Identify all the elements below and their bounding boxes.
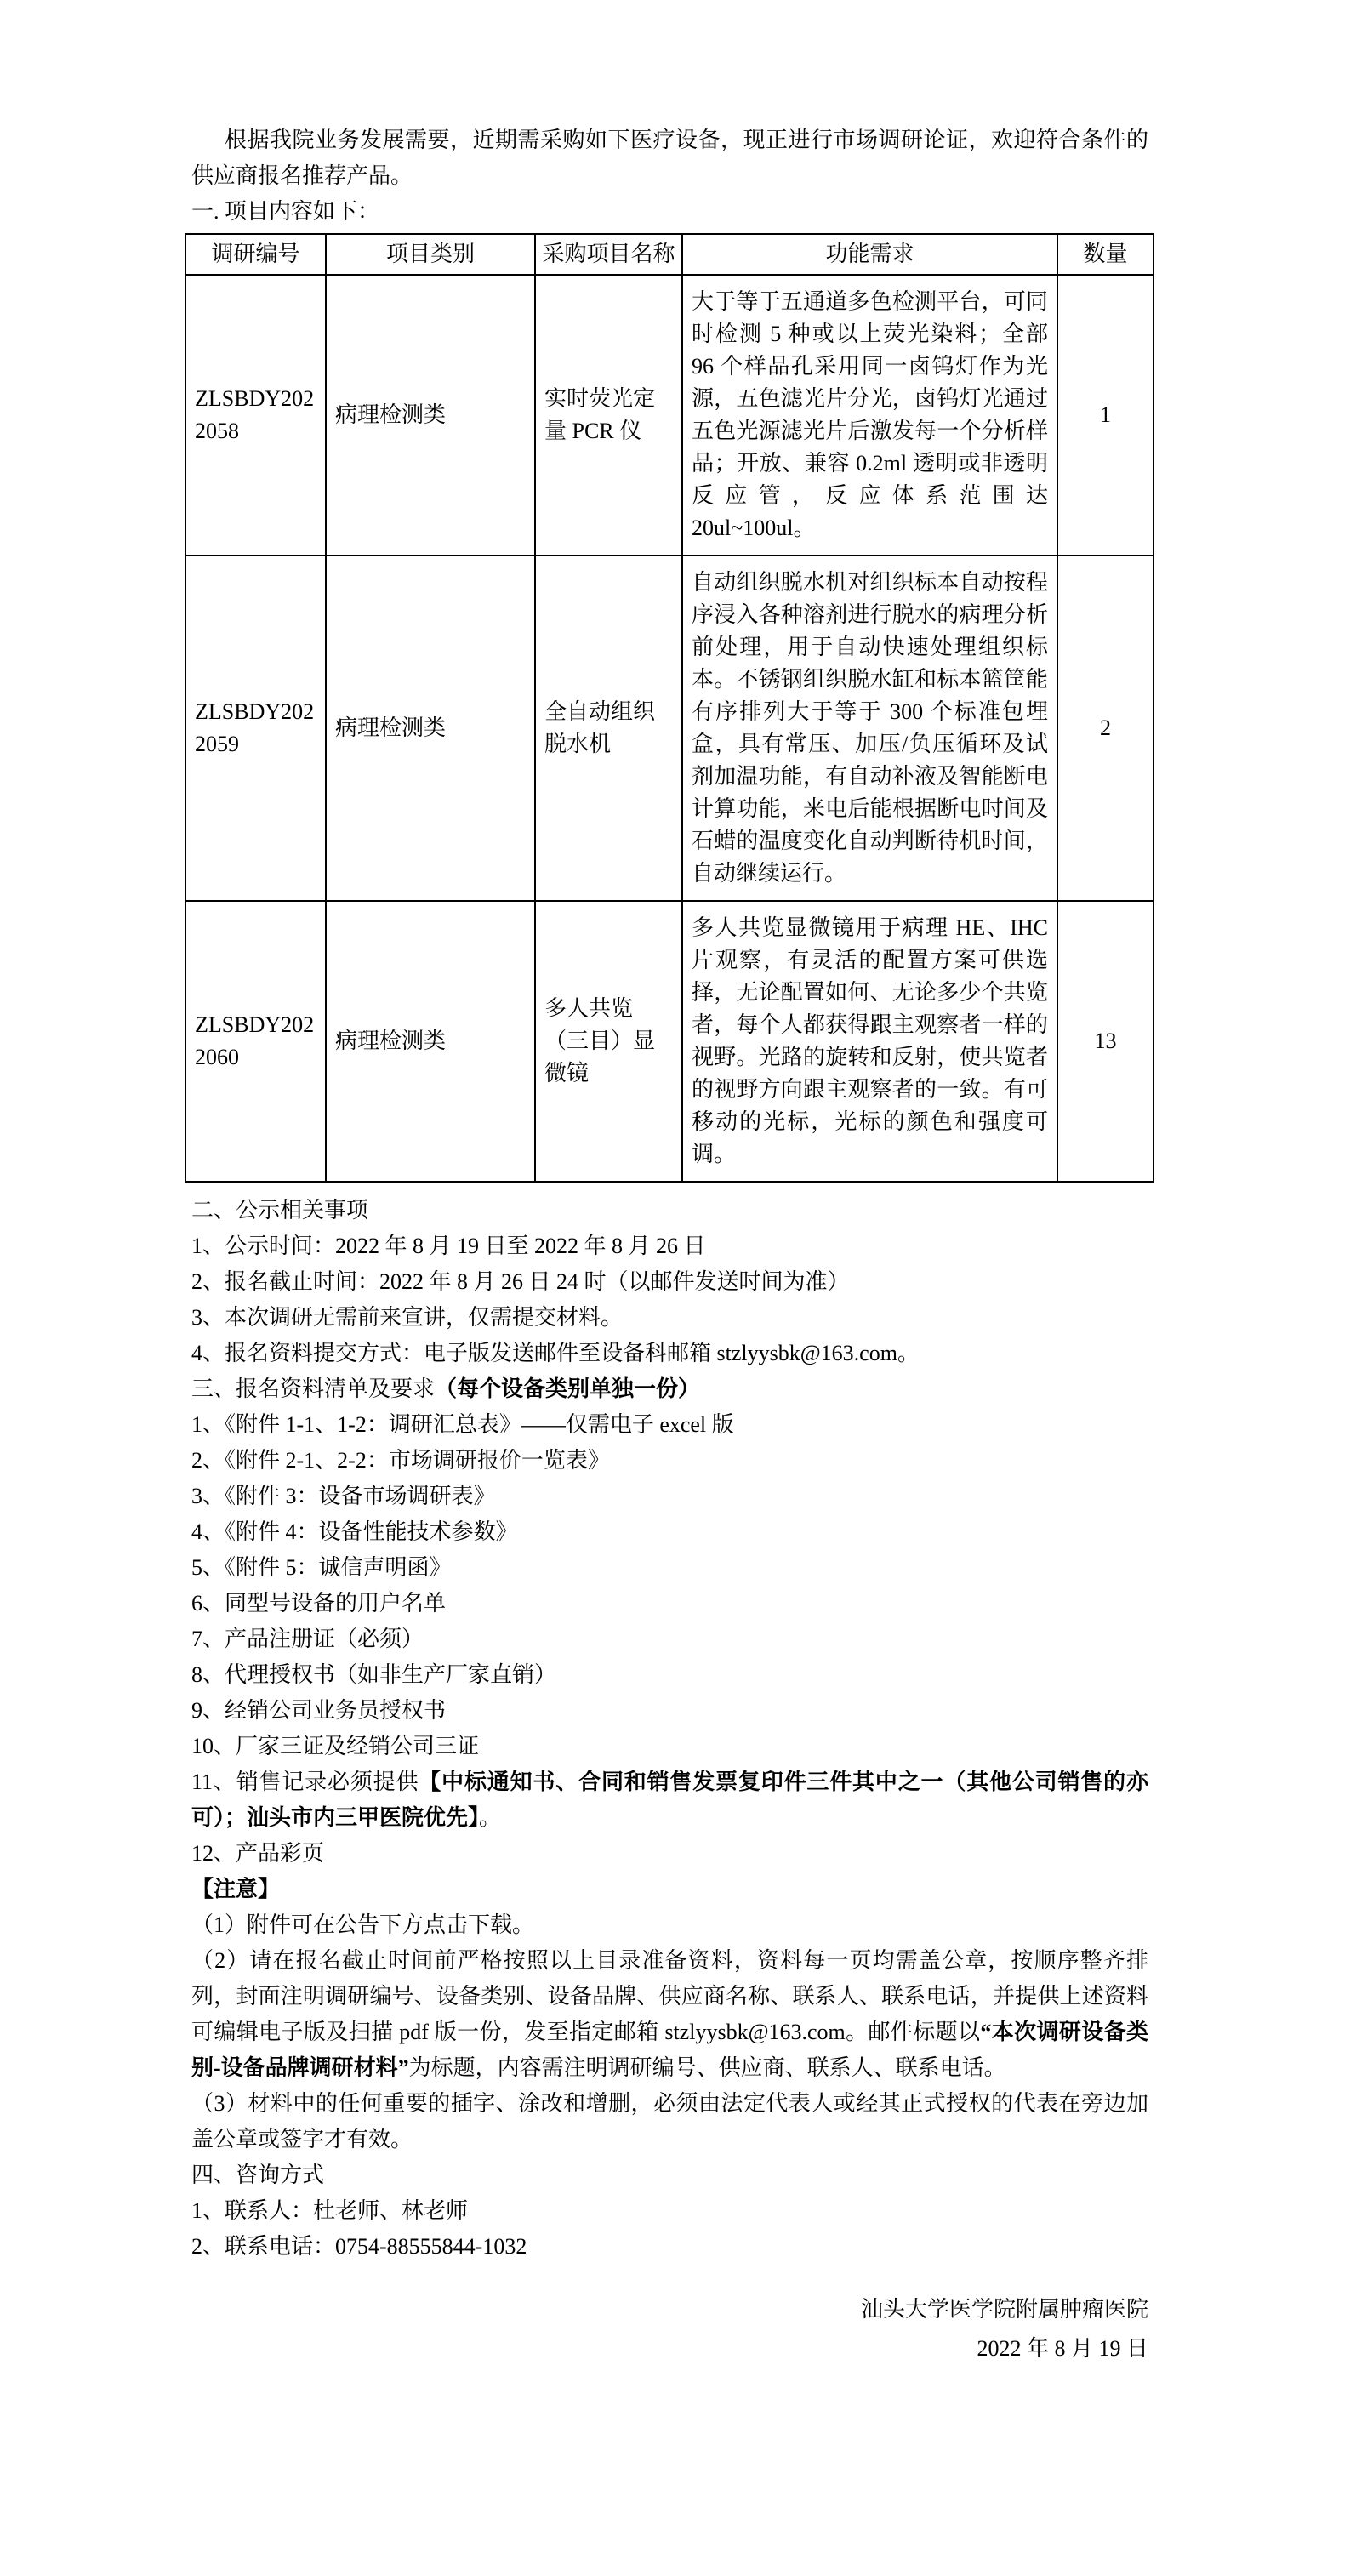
notice-item: （1）附件可在公告下方点击下载。 [191, 1907, 1148, 1943]
list-item: 12、产品彩页 [191, 1836, 1148, 1872]
header-requirements: 功能需求 [682, 234, 1057, 275]
table-row: ZLSBDY2022058 病理检测类 实时荧光定量 PCR 仪 大于等于五通道… [185, 275, 1153, 556]
cell-quantity: 1 [1057, 275, 1153, 556]
cell-survey-code: ZLSBDY2022058 [185, 275, 326, 556]
header-survey-code: 调研编号 [185, 234, 326, 275]
cell-item-name: 多人共览（三目）显微镜 [535, 901, 682, 1182]
list-item: 3、《附件 3：设备市场调研表》 [191, 1479, 1148, 1514]
list-item-sales-record: 11、销售记录必须提供【中标通知书、合同和销售发票复印件三件其中之一（其他公司销… [191, 1764, 1148, 1836]
cell-category: 病理检测类 [326, 275, 535, 556]
cell-survey-code: ZLSBDY2022060 [185, 901, 326, 1182]
list-item: 3、本次调研无需前来宣讲，仅需提交材料。 [191, 1300, 1148, 1336]
list-item: 4、报名资料提交方式：电子版发送邮件至设备科邮箱 stzlyysbk@163.c… [191, 1336, 1148, 1371]
signature-org: 汕头大学医学院附属肿瘤医院 [191, 2290, 1148, 2329]
section3-title-bold: （每个设备类别单独一份） [435, 1376, 700, 1401]
cell-category: 病理检测类 [326, 556, 535, 901]
procurement-table: 调研编号 项目类别 采购项目名称 功能需求 数量 ZLSBDY2022058 病… [185, 233, 1154, 1183]
section3-title: 三、报名资料清单及要求（每个设备类别单独一份） [191, 1371, 1148, 1407]
document-content: 根据我院业务发展需要，近期需采购如下医疗设备，现正进行市场调研论证，欢迎符合条件… [0, 0, 1350, 2368]
document-page: 根据我院业务发展需要，近期需采购如下医疗设备，现正进行市场调研论证，欢迎符合条件… [0, 0, 1350, 2576]
section1-title: 一. 项目内容如下： [191, 194, 1148, 230]
header-category: 项目类别 [326, 234, 535, 275]
list-item: 2、联系电话：0754-88555844-1032 [191, 2229, 1148, 2265]
list-item: 2、《附件 2-1、2-2：市场调研报价一览表》 [191, 1443, 1148, 1479]
cell-category: 病理检测类 [326, 901, 535, 1182]
cell-quantity: 13 [1057, 901, 1153, 1182]
cell-item-name: 实时荧光定量 PCR 仪 [535, 275, 682, 556]
cell-requirements: 自动组织脱水机对组织标本自动按程序浸入各种溶剂进行脱水的病理分析前处理，用于自动… [682, 556, 1057, 901]
section2-title: 二、公示相关事项 [191, 1193, 1148, 1228]
notice-title: 【注意】 [191, 1872, 1148, 1907]
list-item: 10、厂家三证及经销公司三证 [191, 1729, 1148, 1764]
section4-title: 四、咨询方式 [191, 2157, 1148, 2193]
list-item: 4、《附件 4：设备性能技术参数》 [191, 1514, 1148, 1550]
list-item: 9、经销公司业务员授权书 [191, 1693, 1148, 1729]
signature-date: 2022 年 8 月 19 日 [191, 2329, 1148, 2368]
cell-survey-code: ZLSBDY2022059 [185, 556, 326, 901]
cell-quantity: 2 [1057, 556, 1153, 901]
cell-item-name: 全自动组织脱水机 [535, 556, 682, 901]
intro-paragraph: 根据我院业务发展需要，近期需采购如下医疗设备，现正进行市场调研论证，欢迎符合条件… [191, 123, 1148, 194]
signature-block: 汕头大学医学院附属肿瘤医院 2022 年 8 月 19 日 [191, 2290, 1148, 2368]
list-item: 5、《附件 5：诚信声明函》 [191, 1550, 1148, 1586]
header-item-name: 采购项目名称 [535, 234, 682, 275]
section3-title-text: 三、报名资料清单及要求 [191, 1376, 435, 1401]
header-quantity: 数量 [1057, 234, 1153, 275]
cell-requirements: 多人共览显微镜用于病理 HE、IHC 片观察，有灵活的配置方案可供选择，无论配置… [682, 901, 1057, 1182]
cell-requirements: 大于等于五通道多色检测平台，可同时检测 5 种或以上荧光染料；全部 96 个样品… [682, 275, 1057, 556]
list-item: 8、代理授权书（如非生产厂家直销） [191, 1657, 1148, 1693]
list-item: 1、公示时间：2022 年 8 月 19 日至 2022 年 8 月 26 日 [191, 1228, 1148, 1264]
list-item: 1、联系人：杜老师、林老师 [191, 2193, 1148, 2229]
table-row: ZLSBDY2022060 病理检测类 多人共览（三目）显微镜 多人共览显微镜用… [185, 901, 1153, 1182]
table-row: ZLSBDY2022059 病理检测类 全自动组织脱水机 自动组织脱水机对组织标… [185, 556, 1153, 901]
list-item: 7、产品注册证（必须） [191, 1621, 1148, 1657]
notice-item: （3）材料中的任何重要的插字、涂改和增删，必须由法定代表人或经其正式授权的代表在… [191, 2086, 1148, 2157]
notice-item: （2）请在报名截止时间前严格按照以上目录准备资料，资料每一页均需盖公章，按顺序整… [191, 1943, 1148, 2086]
list-item: 2、报名截止时间：2022 年 8 月 26 日 24 时（以邮件发送时间为准） [191, 1264, 1148, 1300]
list-item: 1、《附件 1-1、1-2：调研汇总表》——仅需电子 excel 版 [191, 1407, 1148, 1443]
table-header-row: 调研编号 项目类别 采购项目名称 功能需求 数量 [185, 234, 1153, 275]
list-item: 6、同型号设备的用户名单 [191, 1586, 1148, 1621]
